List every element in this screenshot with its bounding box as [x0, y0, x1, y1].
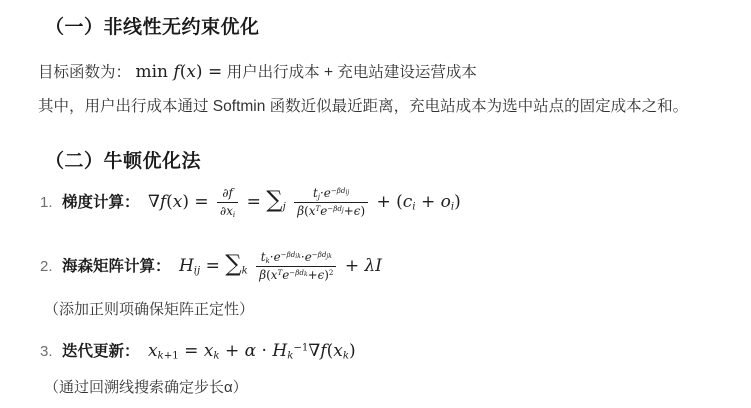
section-1-heading: （一）非线性无约束优化 — [45, 12, 260, 39]
list-item-gradient: 1. 梯度计算： ∇f(x) = ∂f∂xi = ∑j tj·e−βdijβ(x… — [40, 186, 461, 219]
list-item-number: 2. — [40, 258, 53, 275]
objective-math-formula: min f(x) = — [135, 62, 222, 82]
list-item-update: 3. 迭代更新： xk+1 = xk + α · Hk−1∇f(xk) — [40, 339, 356, 361]
document-page: （一）非线性无约束优化 目标函数为： min f(x) = 用户出行成本 + 充… — [0, 0, 751, 408]
note-regularization: （添加正则项确保矩阵正定性） — [44, 298, 254, 319]
formula-gradient: ∇f(x) = ∂f∂xi = ∑j tj·e−βdijβ(xTe−βdj+ϵ)… — [148, 192, 461, 212]
formula-hessian: Hij = ∑k tk·e−βdik·e−βdjkβ(xTe−βdk+ϵ)2 +… — [179, 256, 382, 276]
list-item-number: 3. — [40, 343, 53, 360]
list-item-number: 1. — [40, 194, 53, 211]
section-1-description: 其中，用户出行成本通过 Softmin 函数近似最近距离，充电站成本为选中站点的… — [38, 94, 688, 116]
formula-update: xk+1 = xk + α · Hk−1∇f(xk) — [148, 341, 356, 361]
list-item-label: 梯度计算： — [62, 194, 140, 211]
objective-suffix: 用户出行成本 + 充电站建设运营成本 — [227, 64, 477, 81]
note-line-search: （通过回溯线搜索确定步长α） — [44, 376, 248, 397]
objective-prefix: 目标函数为： — [38, 64, 131, 81]
section-2-heading: （二）牛顿优化法 — [45, 146, 201, 173]
list-item-label: 迭代更新： — [62, 343, 140, 360]
list-item-label: 海森矩阵计算： — [62, 258, 171, 275]
objective-line: 目标函数为： min f(x) = 用户出行成本 + 充电站建设运营成本 — [38, 60, 477, 82]
list-item-hessian: 2. 海森矩阵计算： Hij = ∑k tk·e−βdik·e−βdjkβ(xT… — [40, 250, 382, 283]
